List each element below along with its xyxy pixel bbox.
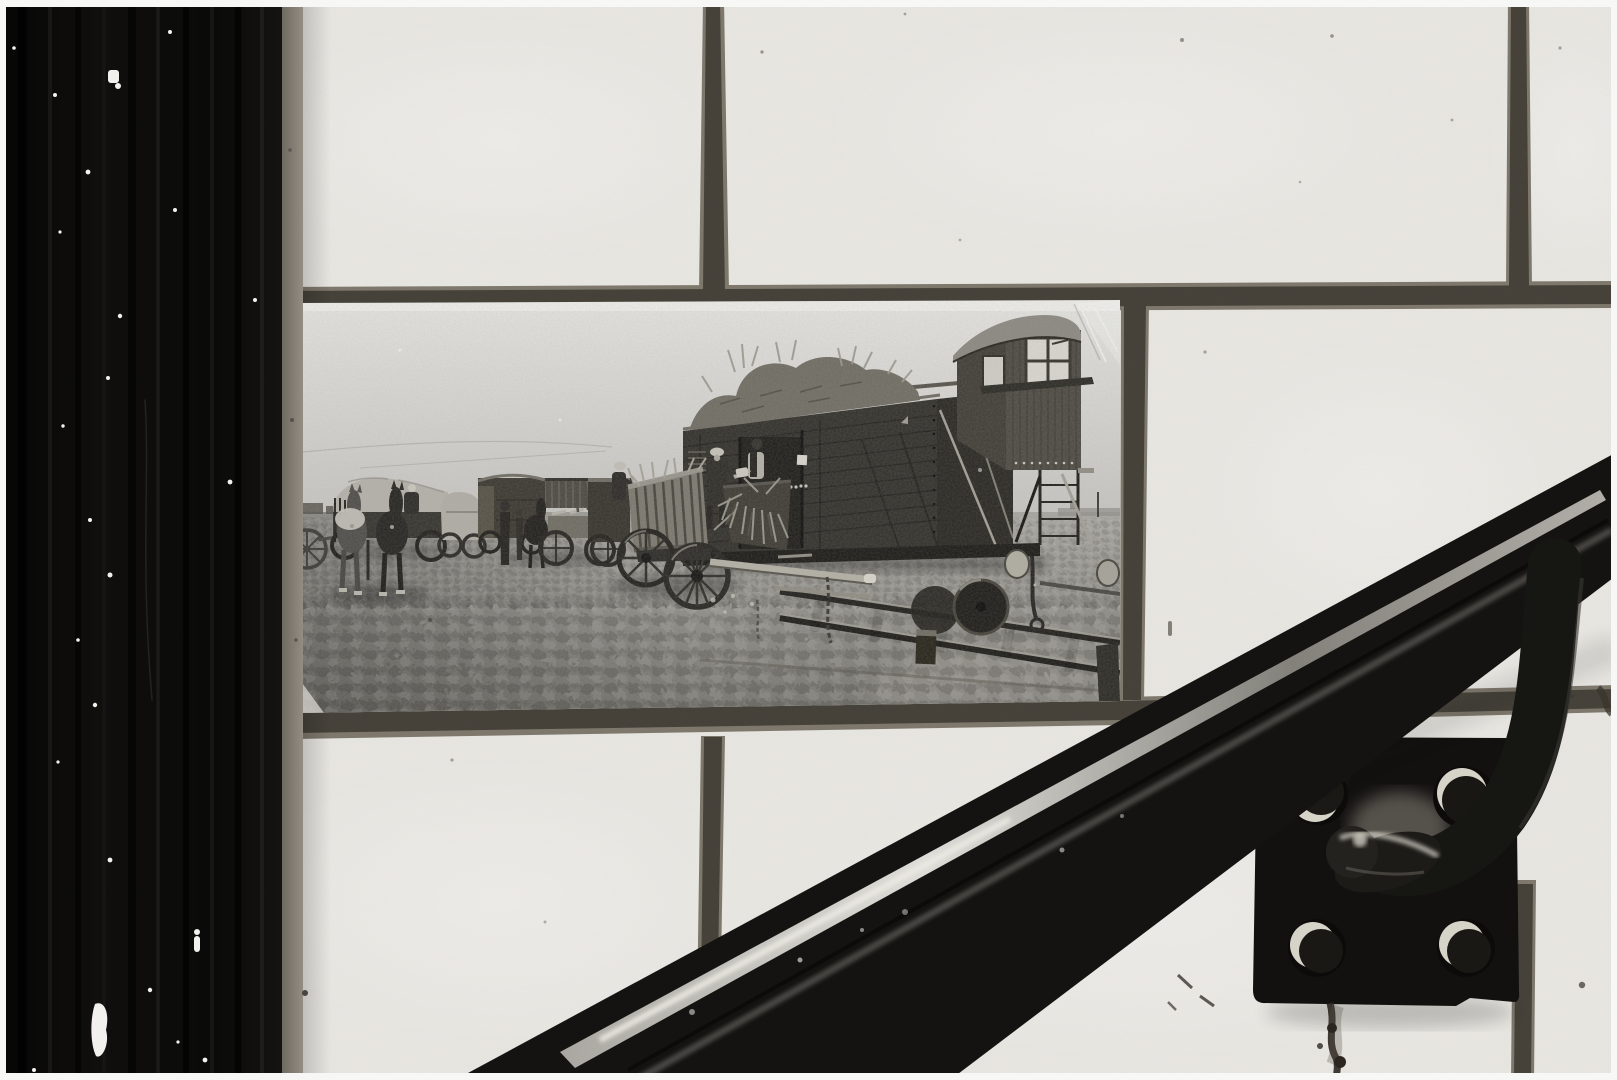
historical-photo xyxy=(288,299,1230,740)
bolt-bottom-left xyxy=(1288,919,1346,977)
stairwell-photograph xyxy=(0,0,1617,1080)
black-door-post xyxy=(0,0,308,1080)
post-edge-plaster xyxy=(282,0,303,1080)
photo-grain xyxy=(297,300,1121,714)
bolt-bottom-right xyxy=(1437,919,1495,977)
